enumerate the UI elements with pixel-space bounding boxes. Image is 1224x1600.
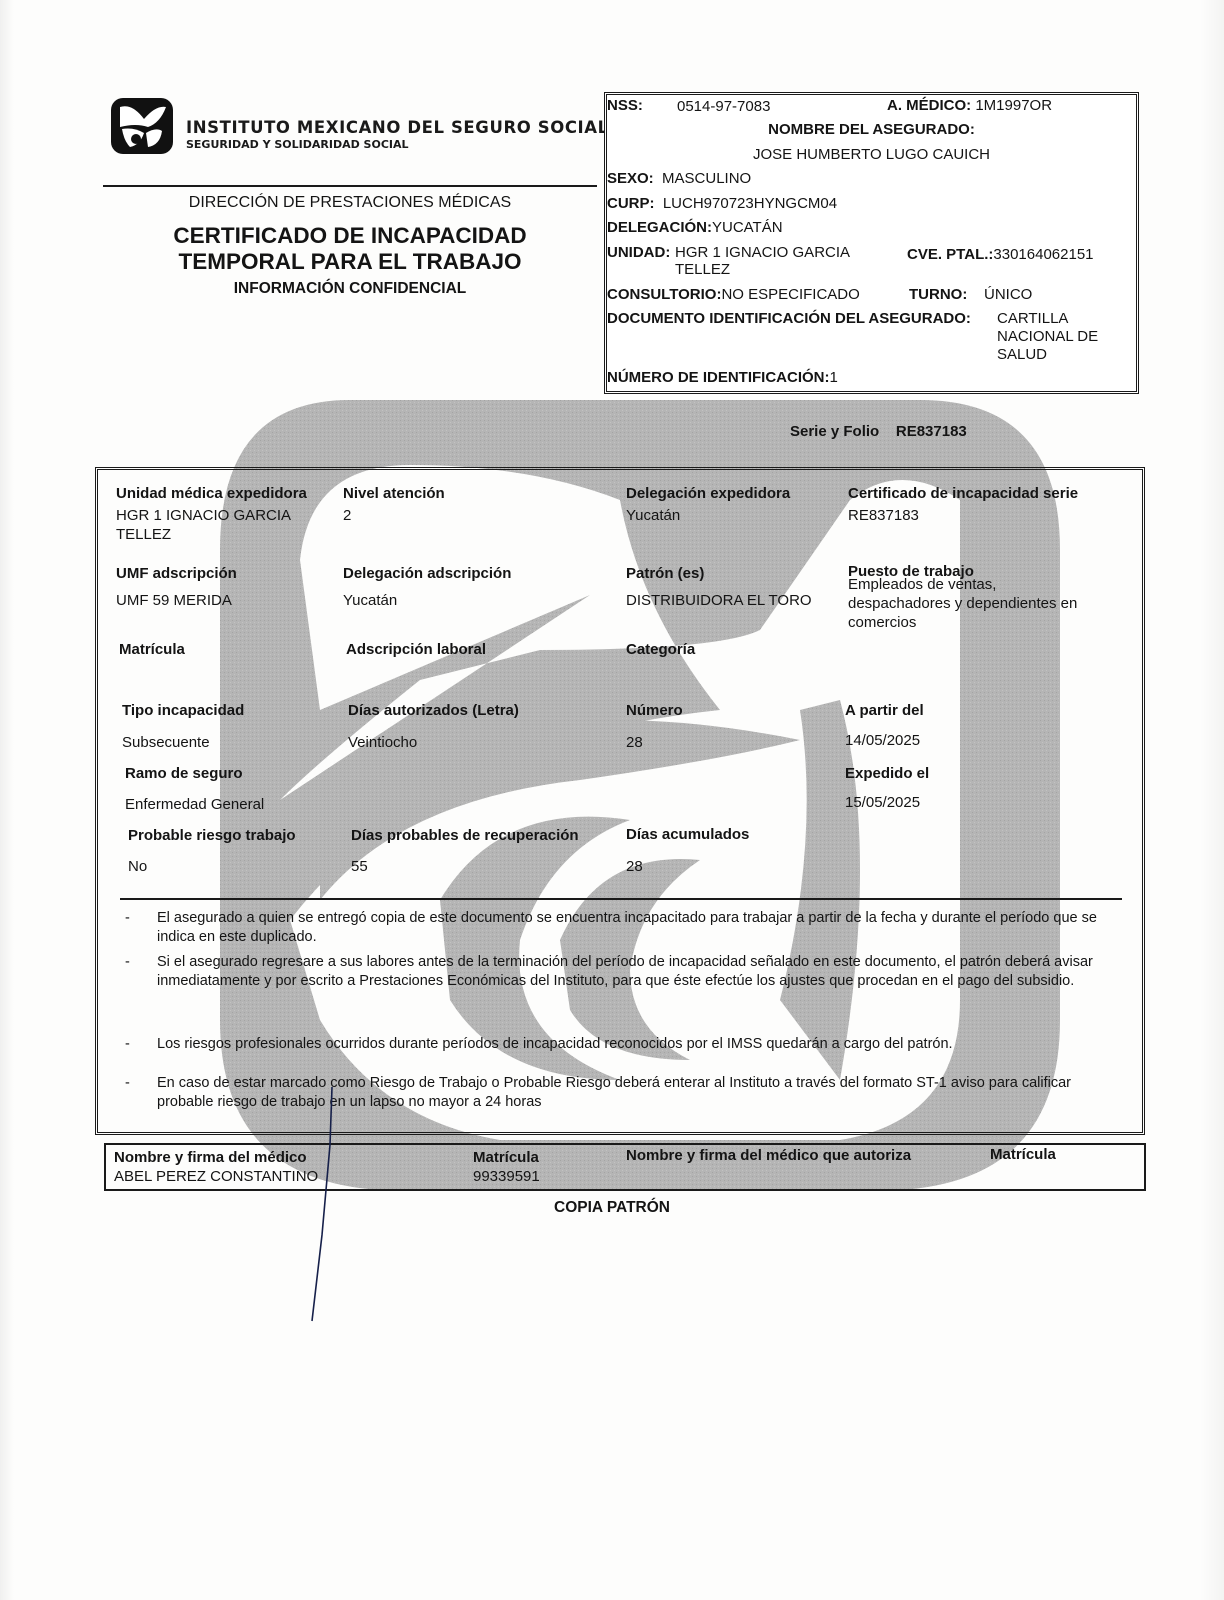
nivel-atencion-value: 2 <box>343 506 351 525</box>
num-id-field: NÚMERO DE IDENTIFICACIÓN:1 <box>607 369 838 386</box>
a-medico-value: 1M1997OR <box>975 97 1052 114</box>
note-item: -En caso de estar marcado como Riesgo de… <box>125 1074 1115 1114</box>
umf-adscripcion-value: UMF 59 MERIDA <box>116 591 232 610</box>
unidad-medica-value: HGR 1 IGNACIO GARCIATELLEZ <box>116 506 291 544</box>
dias-acumulados-label: Días acumulados <box>626 826 749 843</box>
unidad-label: UNIDAD: <box>607 244 670 261</box>
notes-divider <box>120 898 1122 900</box>
copy-label: COPIA PATRÓN <box>0 1199 1224 1217</box>
numero-label: Número <box>626 702 683 719</box>
adscripcion-laboral-label: Adscripción laboral <box>346 641 486 658</box>
signature-stroke-icon <box>300 1085 340 1325</box>
patron-label: Patrón (es) <box>626 565 704 582</box>
nss-value: 0514-97-7083 <box>677 98 770 115</box>
note-item: -Si el asegurado regresare a sus labores… <box>125 953 1115 1013</box>
categoria-label: Categoría <box>626 641 695 658</box>
cve-ptal-field: CVE. PTAL.:330164062151 <box>907 246 1094 263</box>
unidad-value: HGR 1 IGNACIO GARCIATELLEZ <box>675 244 850 278</box>
matricula-label: Matrícula <box>119 641 185 658</box>
dias-acumulados-value: 28 <box>626 857 643 876</box>
ramo-seguro-value: Enfermedad General <box>125 795 264 814</box>
dias-recuperacion-value: 55 <box>351 857 368 876</box>
consultorio-field: CONSULTORIO:NO ESPECIFICADO <box>607 286 860 303</box>
patron-value: DISTRIBUIDORA EL TORO <box>626 591 812 610</box>
institution-subtitle: SEGURIDAD Y SOLIDARIDAD SOCIAL <box>186 138 409 151</box>
insured-name: JOSE HUMBERTO LUGO CAUICH <box>607 146 1136 163</box>
medico-name: ABEL PEREZ CONSTANTINO <box>114 1167 318 1186</box>
matricula-sign-value: 99339591 <box>473 1167 540 1186</box>
turno-field: TURNO: ÚNICO <box>909 286 1032 303</box>
dias-recuperacion-label: Días probables de recuperación <box>351 827 579 844</box>
note-item: -Los riesgos profesionales ocurridos dur… <box>125 1035 1115 1055</box>
note-item: -El asegurado a quien se entregó copia d… <box>125 909 1115 949</box>
curp-field: CURP: LUCH970723HYNGCM04 <box>607 195 837 212</box>
institution-name: INSTITUTO MEXICANO DEL SEGURO SOCIAL <box>186 118 609 137</box>
certificado-serie-label: Certificado de incapacidad serie <box>848 485 1078 502</box>
dias-autorizados-value: Veintiocho <box>348 733 417 752</box>
delegacion-expedidora-label: Delegación expedidora <box>626 485 790 502</box>
delegacion-adscripcion-value: Yucatán <box>343 591 397 610</box>
matricula2-label: Matrícula <box>990 1146 1056 1163</box>
a-partir-del-label: A partir del <box>845 702 924 719</box>
nss-field: NSS: <box>607 97 643 114</box>
delegacion-expedidora-value: Yucatán <box>626 506 680 525</box>
unidad-medica-label: Unidad médica expedidora <box>116 485 307 502</box>
matricula-sign-label: Matrícula <box>473 1149 539 1166</box>
probable-riesgo-value: No <box>128 857 147 876</box>
expedido-el-label: Expedido el <box>845 765 929 782</box>
delegacion-adscripcion-label: Delegación adscripción <box>343 565 511 582</box>
doc-id-label: DOCUMENTO IDENTIFICACIÓN DEL ASEGURADO: <box>607 310 971 327</box>
nivel-atencion-label: Nivel atención <box>343 485 445 502</box>
a-medico-label: A. MÉDICO: <box>887 97 971 114</box>
expedido-el-value: 15/05/2025 <box>845 793 920 812</box>
dias-autorizados-label: Días autorizados (Letra) <box>348 702 519 719</box>
doc-id-value: CARTILLANACIONAL DESALUD <box>997 310 1098 364</box>
delegacion-field: DELEGACIÓN:YUCATÁN <box>607 219 783 236</box>
numero-value: 28 <box>626 733 643 752</box>
serie-folio: Serie y Folio RE837183 <box>790 423 967 440</box>
document-title: CERTIFICADO DE INCAPACIDAD TEMPORAL PARA… <box>103 223 597 275</box>
header-divider <box>103 185 597 187</box>
puesto-trabajo-value: Empleados de ventas,despachadores y depe… <box>848 575 1077 632</box>
confidential-label: INFORMACIÓN CONFIDENCIAL <box>103 280 597 298</box>
title-line-2: TEMPORAL PARA EL TRABAJO <box>103 249 597 275</box>
tipo-incapacidad-label: Tipo incapacidad <box>122 702 244 719</box>
patient-info-box: NSS: 0514-97-7083 A. MÉDICO: 1M1997OR NO… <box>604 92 1139 394</box>
ramo-seguro-label: Ramo de seguro <box>125 765 243 782</box>
umf-adscripcion-label: UMF adscripción <box>116 565 237 582</box>
imss-logo-icon <box>110 97 174 155</box>
title-line-1: CERTIFICADO DE INCAPACIDAD <box>103 223 597 249</box>
a-medico-field: A. MÉDICO: 1M1997OR <box>887 97 1052 114</box>
insured-name-label: NOMBRE DEL ASEGURADO: <box>607 121 1136 138</box>
a-partir-del-value: 14/05/2025 <box>845 731 920 750</box>
direction-heading: DIRECCIÓN DE PRESTACIONES MÉDICAS <box>103 194 597 212</box>
medico-label: Nombre y firma del médico <box>114 1149 307 1166</box>
sexo-field: SEXO: MASCULINO <box>607 170 751 187</box>
nss-label: NSS: <box>607 97 643 114</box>
tipo-incapacidad-value: Subsecuente <box>122 733 210 752</box>
medico-autoriza-label: Nombre y firma del médico que autoriza <box>626 1147 911 1164</box>
certificado-serie-value: RE837183 <box>848 506 919 525</box>
probable-riesgo-label: Probable riesgo trabajo <box>128 827 296 844</box>
